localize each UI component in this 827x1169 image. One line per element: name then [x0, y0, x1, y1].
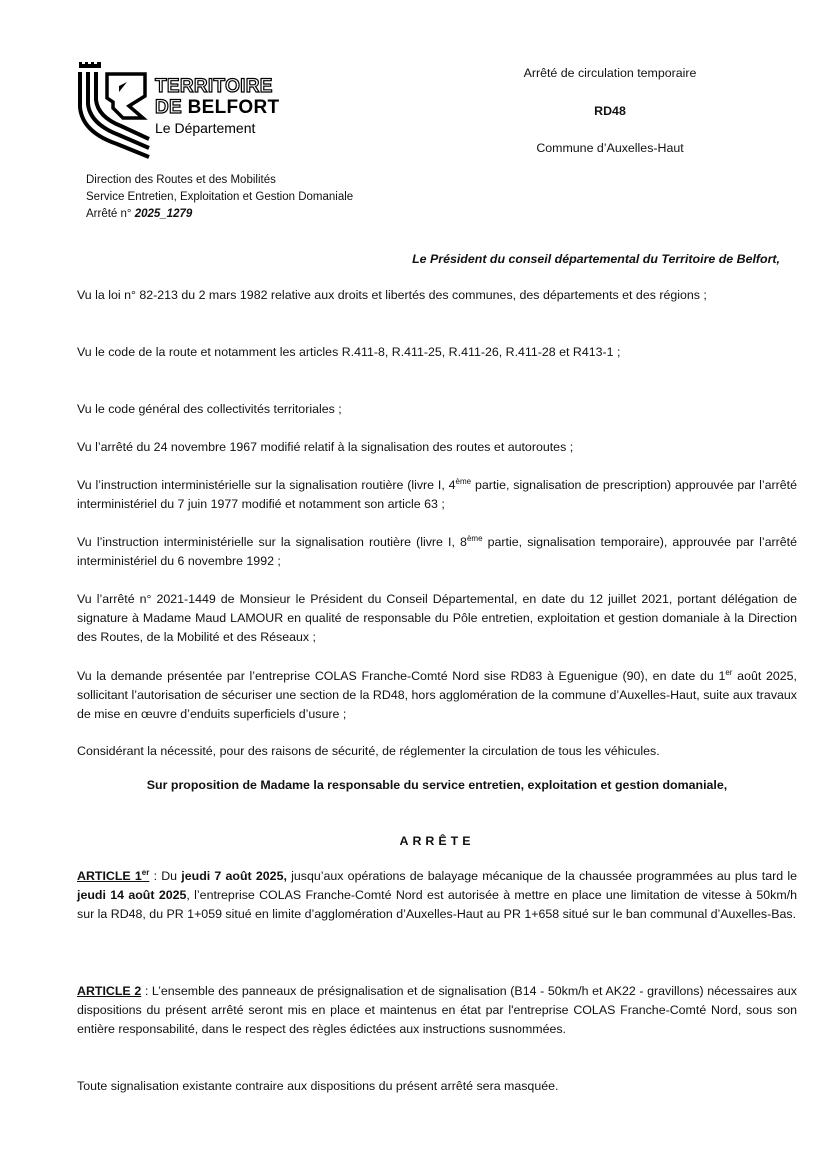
road-reference: RD48: [480, 104, 740, 118]
visa-loi-1982: Vu la loi n° 82-213 du 2 mars 1982 relat…: [77, 286, 797, 305]
commune-name: Commune d’Auxelles-Haut: [480, 141, 740, 155]
proposition: Sur proposition de Madame la responsable…: [77, 778, 797, 792]
service-block: Direction des Routes et des Mobilités Se…: [86, 172, 353, 223]
visa-demande-colas: Vu la demande présentée par l’entreprise…: [77, 667, 797, 725]
logo-line-belfort: DE BELFORT: [155, 98, 279, 117]
belfort-emblem-icon: [77, 62, 157, 162]
arrete-number: 2025_1279: [135, 208, 193, 220]
article-2-note: Toute signalisation existante contraire …: [77, 1077, 797, 1096]
visa-instruction-8e: Vu l’instruction interministérielle sur …: [77, 533, 797, 571]
president-heading: Le Président du conseil départemental du…: [412, 252, 780, 266]
logo-line-departement: Le Département: [155, 121, 279, 135]
logo-wordmark: TERRITOIRE DE BELFORT Le Département: [155, 77, 279, 135]
article-2-label: ARTICLE 2: [77, 984, 141, 998]
visa-arrete-1967: Vu l’arrêté du 24 novembre 1967 modifié …: [77, 438, 797, 457]
visa-delegation: Vu l’arrêté n° 2021-1449 de Monsieur le …: [77, 590, 797, 648]
arrete-number-line: Arrêté n° 2025_1279: [86, 206, 353, 223]
considerant: Considérant la nécessité, pour des raiso…: [77, 742, 797, 761]
logo-line-territoire: TERRITOIRE: [155, 77, 279, 96]
article-1: ARTICLE 1er : Du jeudi 7 août 2025, jusq…: [77, 867, 797, 925]
article-2: ARTICLE 2 : L’ensemble des panneaux de p…: [77, 982, 797, 1040]
visa-cgct: Vu le code général des collectivités ter…: [77, 400, 797, 419]
article-1-label: ARTICLE 1er: [77, 869, 149, 883]
document-type: Arrêté de circulation temporaire: [480, 66, 740, 80]
arrete-heading: ARRÊTE: [77, 834, 797, 848]
direction-name: Direction des Routes et des Mobilités: [86, 172, 353, 189]
service-name: Service Entretien, Exploitation et Gesti…: [86, 189, 353, 206]
visa-code-route: Vu le code de la route et notamment les …: [77, 343, 797, 362]
visa-instruction-4e: Vu l’instruction interministérielle sur …: [77, 476, 797, 514]
